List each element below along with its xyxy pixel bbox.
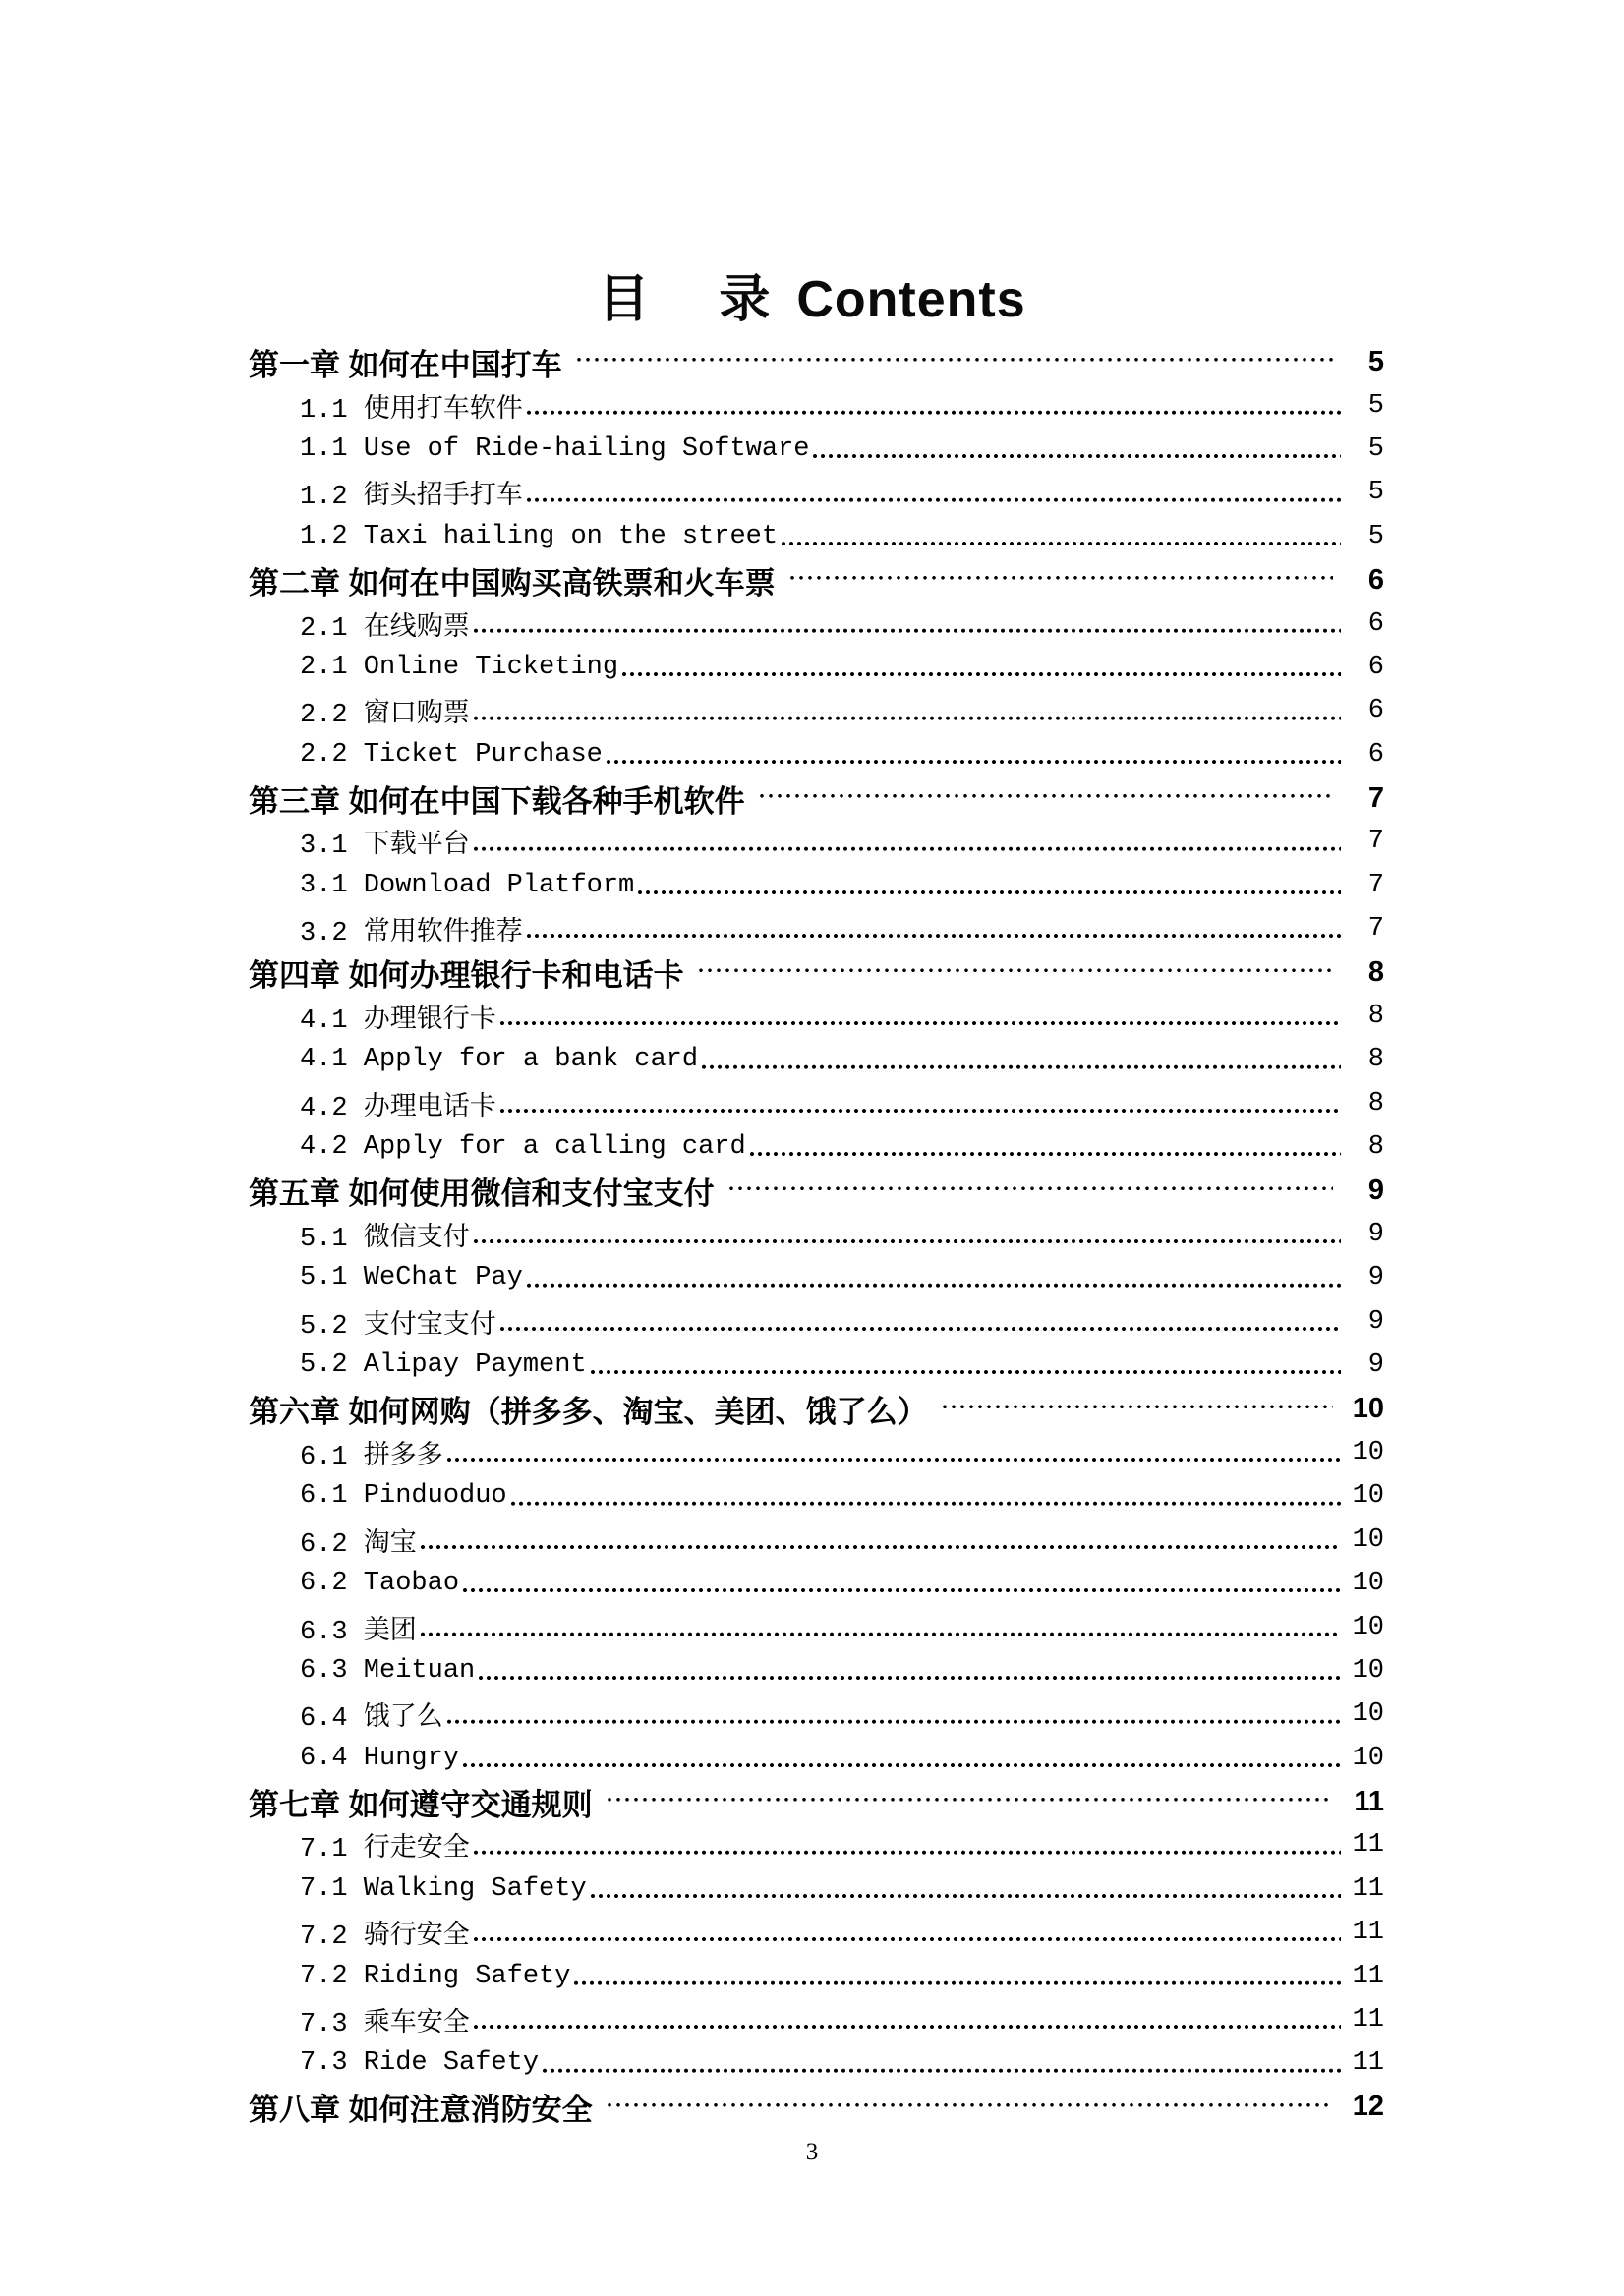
leader-dots [473,602,1341,645]
toc-entry[interactable]: 7.3 Ride Safety11 [249,2041,1384,2085]
toc-entry[interactable]: 7.3 乘车安全11 [249,1998,1384,2041]
leader-dots [749,1125,1341,1169]
toc-entry[interactable]: 4.2 办理电话卡8 [249,1082,1384,1125]
toc-entry[interactable]: 3.1 下载平台7 [249,820,1384,863]
leader-dots [499,1082,1341,1125]
leader-dots [473,1911,1341,1954]
leader-dots [789,558,1333,602]
toc-page-number: 10 [1349,1656,1384,1686]
toc-page-number: 7 [1349,782,1384,815]
table-of-contents: 第一章 如何在中国打车51.1 使用打车软件51.1 Use of Ride-h… [249,340,1384,2129]
toc-entry-label: 第二章 如何在中国购买高铁票和火车票 [249,558,776,603]
toc-entry-label: 5.1 WeChat Pay [300,1263,523,1292]
leader-dots [462,1737,1341,1780]
toc-entry-label: 6.2 淘宝 [300,1521,417,1560]
page-title: 目录Contents [0,258,1624,331]
leader-dots [462,1562,1341,1605]
toc-entry-label: 6.3 美团 [300,1608,417,1647]
toc-page-number: 10 [1349,1438,1384,1467]
toc-entry-label: 7.2 Riding Safety [300,1962,570,1991]
toc-entry[interactable]: 5.1 WeChat Pay9 [249,1256,1384,1299]
leader-dots [942,1387,1333,1430]
leader-dots [526,383,1341,427]
toc-page-number: 5 [1349,434,1384,464]
toc-entry-label: 6.2 Taobao [300,1569,459,1598]
leader-dots [478,1649,1341,1693]
leader-dots [526,907,1341,950]
toc-entry-label: 2.1 在线购票 [300,604,470,644]
toc-page-number: 11 [1349,2005,1384,2035]
toc-page-number: 10 [1349,1569,1384,1598]
leader-dots [542,2041,1341,2085]
toc-entry-label: 6.4 Hungry [300,1744,459,1773]
leader-dots [420,1519,1341,1562]
toc-entry-label: 6.3 Meituan [300,1656,475,1686]
toc-entry[interactable]: 第五章 如何使用微信和支付宝支付9 [249,1169,1384,1212]
leader-dots [510,1474,1341,1518]
toc-entry-label: 2.2 窗口购票 [300,691,470,730]
toc-page-number: 11 [1349,1918,1384,1947]
toc-page-number: 6 [1349,740,1384,770]
toc-page-number: 9 [1349,1263,1384,1292]
toc-page-number: 7 [1349,827,1384,856]
toc-entry[interactable]: 第六章 如何网购（拼多多、淘宝、美团、饿了么）10 [249,1387,1384,1430]
leader-dots [526,471,1341,514]
toc-entry[interactable]: 6.1 拼多多10 [249,1431,1384,1474]
toc-entry-label: 7.1 行走安全 [300,1825,470,1865]
leader-dots [473,820,1341,863]
toc-entry[interactable]: 6.3 美团10 [249,1605,1384,1648]
title-en: Contents [796,271,1025,328]
toc-page-number: 9 [1349,1350,1384,1380]
toc-entry[interactable]: 第四章 如何办理银行卡和电话卡8 [249,950,1384,994]
toc-entry[interactable]: 2.2 Ticket Purchase6 [249,733,1384,776]
toc-page-number: 10 [1349,1525,1384,1555]
toc-entry[interactable]: 5.2 Alipay Payment9 [249,1344,1384,1387]
leader-dots [637,864,1341,907]
toc-page-number: 11 [1349,1962,1384,1991]
title-cn-left: 目 [598,271,650,328]
toc-page-number: 5 [1349,478,1384,507]
toc-entry-label: 3.2 常用软件推荐 [300,909,523,948]
toc-entry-label: 7.3 乘车安全 [300,2000,470,2039]
title-cn-right: 录 [719,271,771,328]
toc-entry-label: 5.2 支付宝支付 [300,1302,496,1342]
toc-entry[interactable]: 1.2 街头招手打车5 [249,471,1384,514]
toc-entry[interactable]: 3.2 常用软件推荐7 [249,907,1384,950]
leader-dots [812,428,1341,471]
toc-entry-label: 1.2 Taxi hailing on the street [300,522,778,551]
toc-page-number: 5 [1349,391,1384,421]
leader-dots [473,1998,1341,2041]
toc-entry[interactable]: 6.2 淘宝10 [249,1519,1384,1562]
toc-entry[interactable]: 6.4 饿了么10 [249,1693,1384,1736]
toc-entry-label: 7.1 Walking Safety [300,1874,587,1904]
toc-entry-label: 6.4 饿了么 [300,1694,443,1734]
toc-page-number: 9 [1349,1307,1384,1337]
leader-dots [590,1867,1341,1911]
toc-page-number: 11 [1349,2048,1384,2078]
leader-dots [590,1344,1341,1387]
leader-dots [446,1431,1341,1474]
leader-dots [526,1256,1341,1299]
toc-entry[interactable]: 第二章 如何在中国购买高铁票和火车票6 [249,558,1384,602]
leader-dots [499,995,1341,1038]
toc-entry[interactable]: 1.1 Use of Ride-hailing Software5 [249,428,1384,471]
leader-dots [606,733,1341,776]
toc-entry-label: 第三章 如何在中国下载各种手机软件 [249,776,745,821]
toc-entry[interactable]: 第七章 如何遵守交通规则11 [249,1780,1384,1823]
toc-page-number: 10 [1349,1481,1384,1511]
toc-entry[interactable]: 1.2 Taxi hailing on the street5 [249,515,1384,558]
toc-entry-label: 1.2 街头招手打车 [300,473,523,512]
toc-entry[interactable]: 6.1 Pinduoduo10 [249,1474,1384,1518]
toc-page-number: 8 [1349,1132,1384,1162]
toc-page-number: 8 [1349,956,1384,989]
toc-entry[interactable]: 4.1 Apply for a bank card8 [249,1038,1384,1081]
toc-entry[interactable]: 6.3 Meituan10 [249,1649,1384,1693]
toc-page-number: 10 [1349,1613,1384,1642]
toc-entry-label: 7.2 骑行安全 [300,1913,470,1952]
toc-page-number: 11 [1349,1874,1384,1904]
toc-entry-label: 1.1 Use of Ride-hailing Software [300,434,809,464]
toc-entry[interactable]: 第八章 如何注意消防安全12 [249,2086,1384,2129]
toc-entry[interactable]: 2.1 在线购票6 [249,602,1384,645]
leader-dots [781,515,1341,558]
leader-dots [473,1213,1341,1256]
toc-page-number: 9 [1349,1220,1384,1249]
toc-entry-label: 6.1 Pinduoduo [300,1481,507,1511]
toc-entry[interactable]: 5.1 微信支付9 [249,1213,1384,1256]
toc-entry[interactable]: 1.1 使用打车软件5 [249,383,1384,427]
toc-entry[interactable]: 第三章 如何在中国下载各种手机软件7 [249,776,1384,820]
toc-entry-label: 3.1 下载平台 [300,822,470,861]
toc-page-number: 6 [1349,696,1384,725]
toc-entry-label: 4.1 Apply for a bank card [300,1045,698,1074]
toc-entry-label: 4.1 办理银行卡 [300,997,496,1036]
toc-page-number: 6 [1349,564,1384,597]
toc-page-number: 11 [1349,1786,1384,1818]
toc-entry[interactable]: 5.2 支付宝支付9 [249,1300,1384,1344]
toc-page-number: 11 [1349,1830,1384,1860]
toc-page-number: 8 [1349,1089,1384,1119]
toc-entry-label: 5.2 Alipay Payment [300,1350,587,1380]
toc-entry-label: 第五章 如何使用微信和支付宝支付 [249,1169,715,1213]
toc-page-number: 8 [1349,1002,1384,1031]
leader-dots [473,1823,1341,1866]
leader-dots [420,1605,1341,1648]
toc-page-number: 12 [1349,2091,1384,2123]
leader-dots [759,776,1333,820]
leader-dots [607,2086,1333,2129]
toc-entry[interactable]: 7.1 行走安全11 [249,1823,1384,1866]
toc-entry-label: 5.1 微信支付 [300,1215,470,1254]
toc-page-number: 8 [1349,1045,1384,1074]
toc-page-number: 7 [1349,914,1384,944]
toc-entry[interactable]: 7.2 Riding Safety11 [249,1954,1384,1997]
toc-entry[interactable]: 3.1 Download Platform7 [249,864,1384,907]
toc-entry-label: 6.1 拼多多 [300,1433,443,1472]
toc-entry-label: 2.2 Ticket Purchase [300,740,603,770]
toc-entry-label: 第六章 如何网购（拼多多、淘宝、美团、饿了么） [249,1387,928,1431]
toc-entry[interactable]: 2.1 Online Ticketing6 [249,646,1384,689]
toc-page-number: 5 [1349,346,1384,378]
toc-page-number: 10 [1349,1744,1384,1773]
toc-entry[interactable]: 4.2 Apply for a calling card8 [249,1125,1384,1169]
toc-entry[interactable]: 4.1 办理银行卡8 [249,995,1384,1038]
toc-page-number: 10 [1349,1699,1384,1729]
toc-entry-label: 第四章 如何办理银行卡和电话卡 [249,950,684,995]
footer-page-number: 3 [0,2139,1624,2166]
toc-entry[interactable]: 7.2 骑行安全11 [249,1911,1384,1954]
toc-entry-label: 4.2 Apply for a calling card [300,1132,746,1162]
leader-dots [573,1954,1341,1997]
toc-entry-label: 第一章 如何在中国打车 [249,340,562,384]
toc-entry[interactable]: 2.2 窗口购票6 [249,689,1384,732]
toc-entry[interactable]: 第一章 如何在中国打车5 [249,340,1384,383]
toc-entry-label: 第八章 如何注意消防安全 [249,2085,593,2129]
document-page: 目录Contents 第一章 如何在中国打车51.1 使用打车软件51.1 Us… [0,0,1624,2296]
toc-page-number: 6 [1349,609,1384,639]
leader-dots [698,950,1333,994]
toc-entry-label: 7.3 Ride Safety [300,2048,539,2078]
toc-entry-label: 3.1 Download Platform [300,871,634,900]
toc-entry[interactable]: 7.1 Walking Safety11 [249,1867,1384,1911]
toc-page-number: 7 [1349,871,1384,900]
toc-entry-label: 4.2 办理电话卡 [300,1084,496,1123]
leader-dots [728,1169,1333,1212]
toc-page-number: 10 [1349,1393,1384,1425]
toc-page-number: 5 [1349,522,1384,551]
leader-dots [499,1300,1341,1344]
leader-dots [473,689,1341,732]
toc-entry[interactable]: 6.2 Taobao10 [249,1562,1384,1605]
toc-entry[interactable]: 6.4 Hungry10 [249,1737,1384,1780]
toc-entry-label: 1.1 使用打车软件 [300,386,523,426]
leader-dots [446,1693,1341,1736]
toc-page-number: 6 [1349,653,1384,682]
leader-dots [576,340,1333,383]
toc-page-number: 9 [1349,1175,1384,1207]
leader-dots [701,1038,1341,1081]
leader-dots [607,1780,1333,1823]
toc-entry-label: 第七章 如何遵守交通规则 [249,1780,593,1824]
leader-dots [621,646,1341,689]
toc-entry-label: 2.1 Online Ticketing [300,653,618,682]
